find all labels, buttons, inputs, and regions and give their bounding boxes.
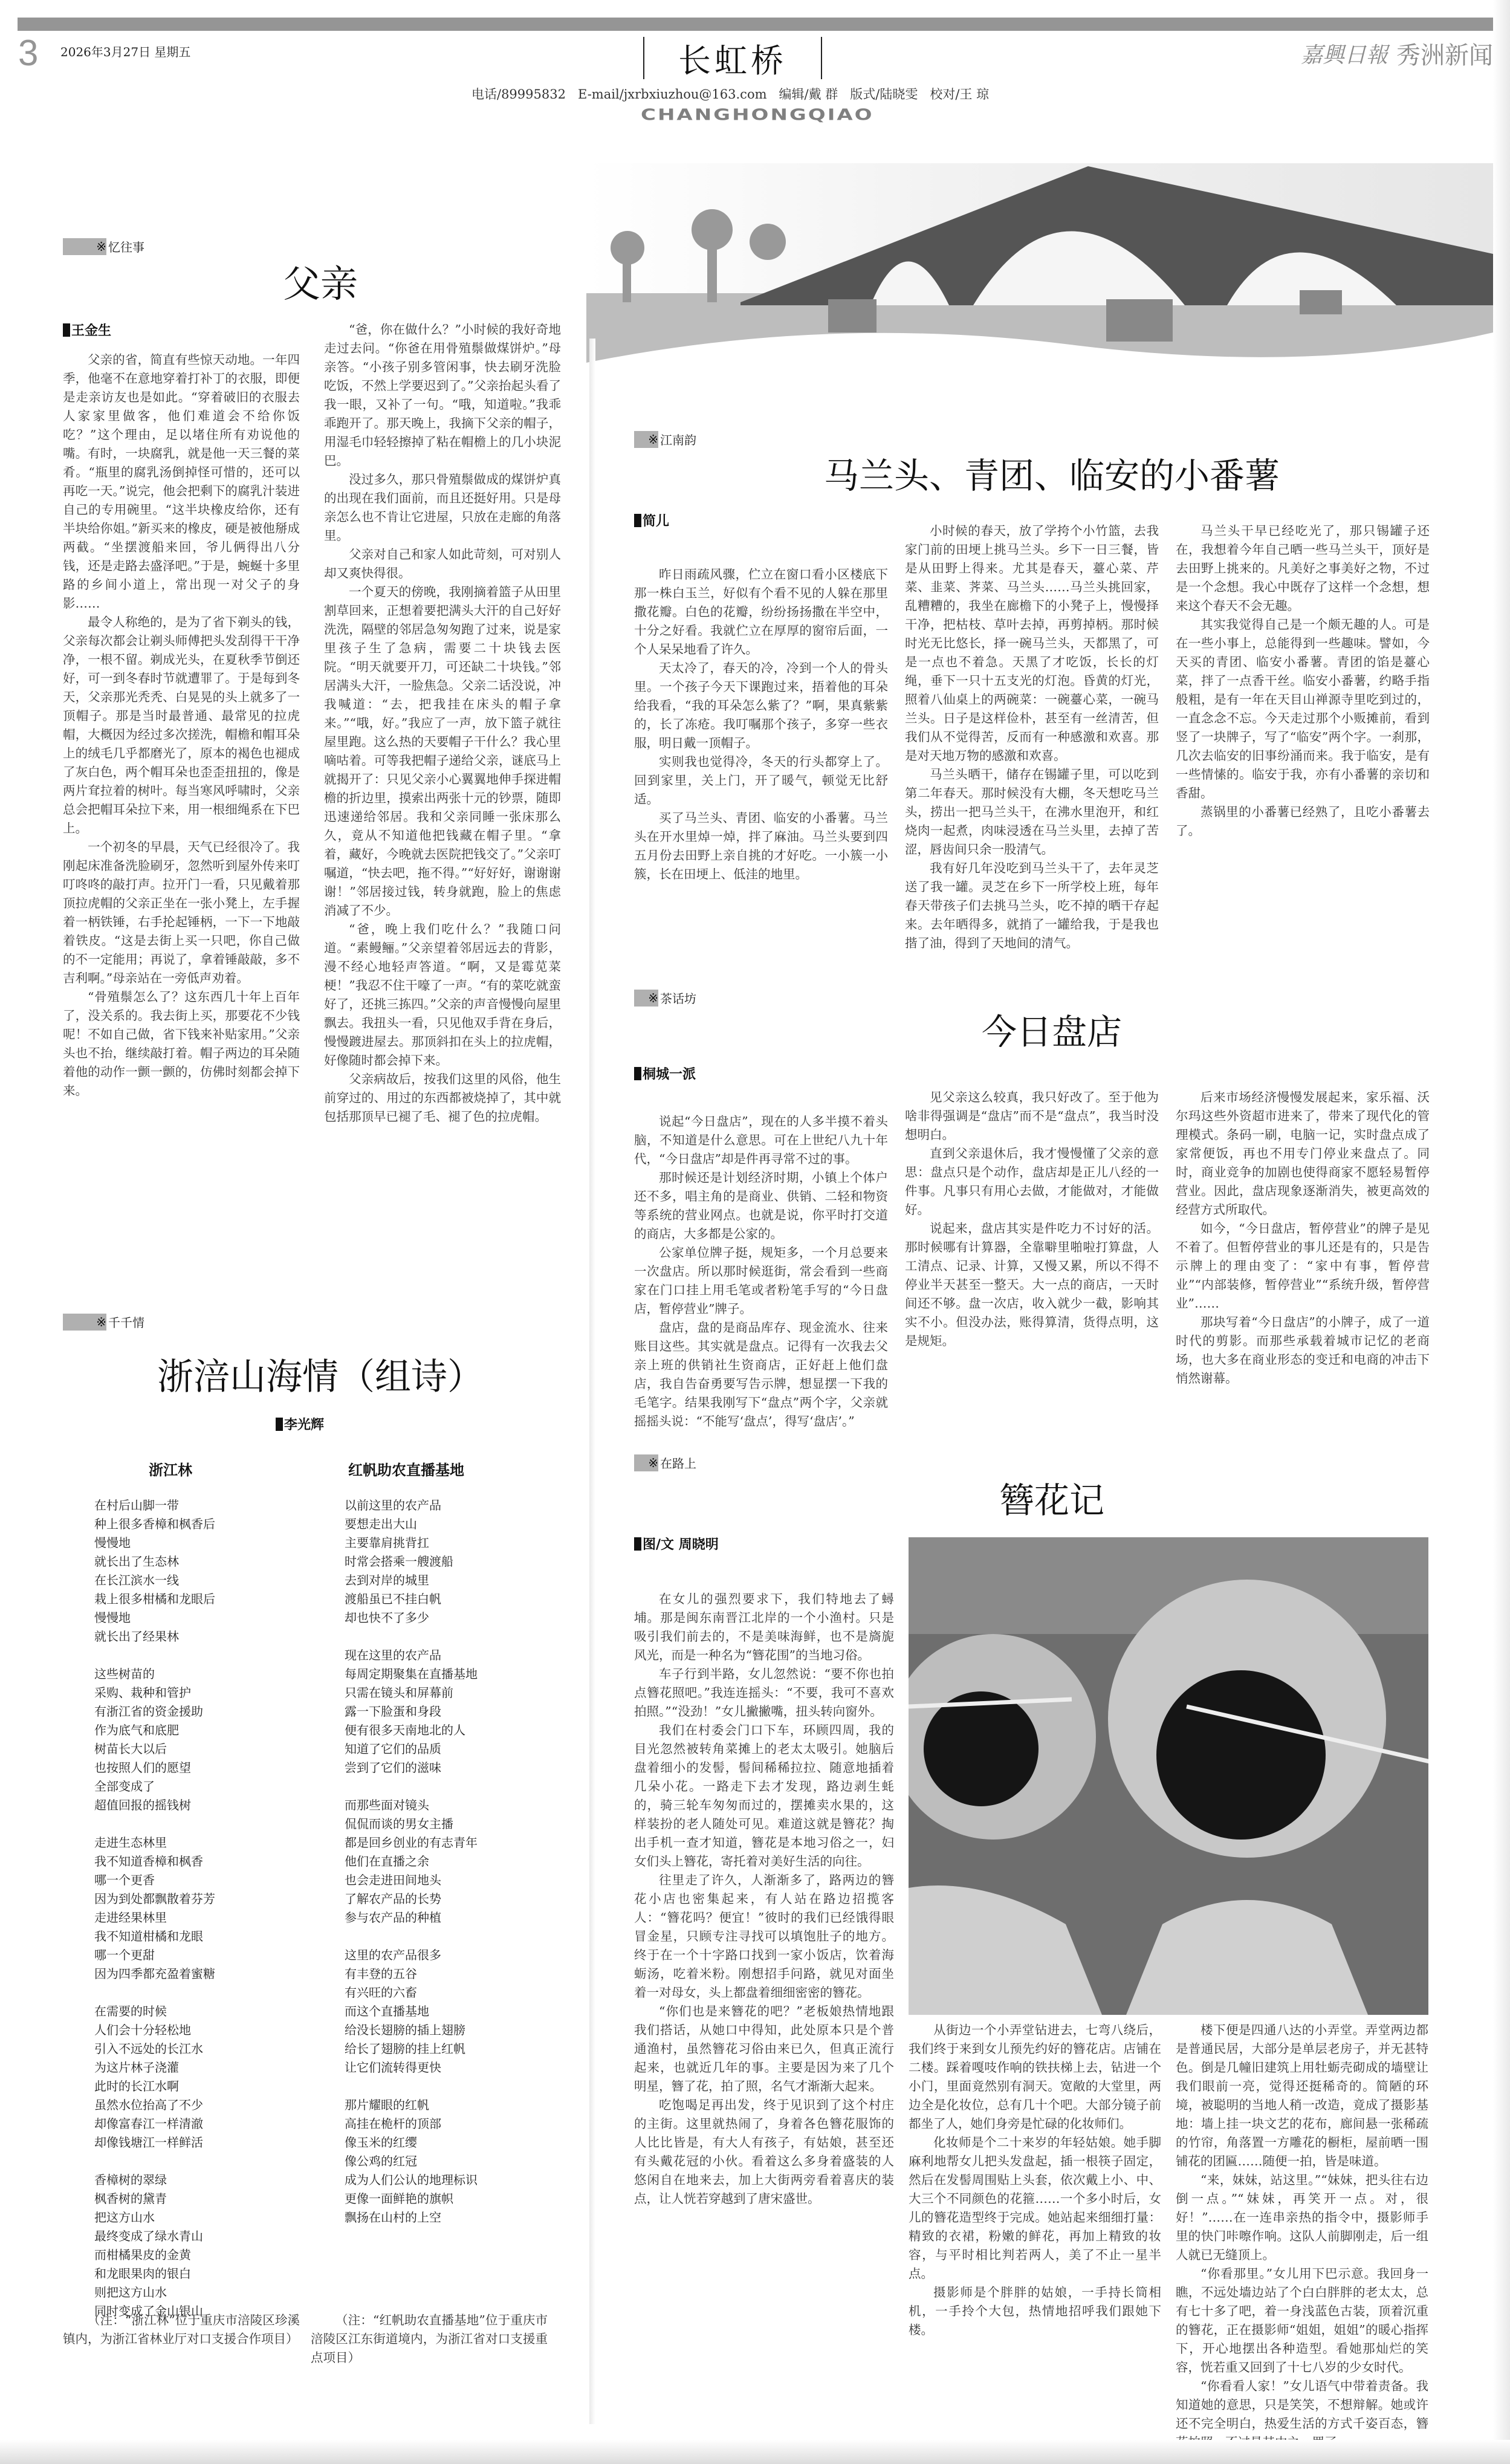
poem-line: 在长江滨水一线 bbox=[94, 1571, 276, 1590]
article-column: 楼下便是四通八达的小弄堂。弄堂两边都是普通民居，大部分是单层老房子，并无甚特色。… bbox=[1176, 2021, 1428, 2452]
article-body-fuqin: 父亲的省，简直有些惊天动地。一年四季，他毫不在意地穿着打补丁的衣服，即便是走亲访… bbox=[63, 351, 577, 1294]
paragraph: 我们在村委会门口下车，环顾四周，我的目光忽然被转角菜摊上的老太太吸引。她脑后盘着… bbox=[634, 1721, 894, 1871]
article-byline: 王金生 bbox=[63, 320, 111, 339]
poem-line: 人们会十分轻松地 bbox=[94, 2021, 276, 2040]
section-title: 长虹桥 bbox=[644, 35, 821, 82]
article-headline-fuqin: 父亲 bbox=[54, 254, 586, 308]
paragraph: 实则我也觉得冷，冬天的行头都穿上了。回到家里，关上门，开了暖气，顿觉无比舒适。 bbox=[634, 753, 888, 809]
poem-line: 为这片林子浇灌 bbox=[94, 2058, 276, 2077]
poem-byline: 李光辉 bbox=[276, 1415, 324, 1433]
poem-line: 哪一个更香 bbox=[94, 1871, 276, 1890]
article-body-zanhuaji-right: 从街边一个小弄堂钻进去，七弯八绕后，我们终于来到女儿预先约好的簪花店。店铺在二楼… bbox=[909, 2021, 1428, 2444]
page-number: 3 bbox=[18, 35, 38, 71]
poem-line: 而柑橘果皮的金黄 bbox=[94, 2246, 276, 2265]
poem-line: 全部变成了 bbox=[94, 1777, 276, 1796]
paragraph: 其实我觉得自己是一个颇无趣的人。可是在一些小事上，总能得到一些趣味。譬如，今天买… bbox=[1176, 615, 1430, 803]
paragraph: 摄影师是个胖胖的姑娘，一手持长筒相机，一手拎个大包，热情地招呼我们跟她下楼。 bbox=[909, 2283, 1161, 2339]
paragraph: 如今，“今日盘店，暂停营业”的牌子是见不着了。但暂停营业的事儿还是有的，只是告示… bbox=[1176, 1219, 1430, 1313]
paragraph: 买了马兰头、青团、临安的小番薯。马兰头在开水里焯一焯，拌了麻油。马兰头要到四五月… bbox=[634, 809, 888, 884]
poem-line: 知道了它们的品质 bbox=[345, 1740, 550, 1759]
paragraph: 父亲对自己和家人如此苛刻，可对别人却又爽快得很。 bbox=[324, 545, 561, 583]
article-column: 从街边一个小弄堂钻进去，七弯八绕后，我们终于来到女儿预先约好的簪花店。店铺在二楼… bbox=[909, 2021, 1161, 2452]
paragraph: 一个初冬的早晨，天气已经很冷了。我刚起床准备洗脸刷牙，忽然听到屋外传来叮叮咚咚的… bbox=[63, 838, 300, 988]
poem-line: 高挂在桅杆的顶部 bbox=[345, 2115, 550, 2133]
poem-line: 哪一个更甜 bbox=[94, 1946, 276, 1965]
poem-line: 我不知道香樟和枫香 bbox=[94, 1852, 276, 1871]
article-body-malantou: 昨日雨疏风骤，伫立在窗口看小区楼底下那一株白玉兰，好似有个看不见的人躲在那里撒花… bbox=[634, 541, 1468, 976]
stanza-gap bbox=[345, 2077, 550, 2096]
paragraph: 盘店，盘的是商品库存、现金流水、往来账目这些。其实就是盘点。记得有一次我去父亲上… bbox=[634, 1318, 888, 1431]
paragraph: 最令人称绝的，是为了省下剃头的钱，父亲每次都会让剃头师傅把头发刮得干干净净，一根… bbox=[63, 613, 300, 838]
paragraph: 后来市场经济慢慢发展起来，家乐福、沃尔玛这些外资超市进来了，带来了现代化的管理模… bbox=[1176, 1088, 1430, 1219]
poem-line: 都是回乡创业的有志青年 bbox=[345, 1833, 550, 1852]
poem-line: 有丰登的五谷 bbox=[345, 1965, 550, 1983]
poem-line: 时常会搭乘一艘渡船 bbox=[345, 1552, 550, 1571]
poem-line: 像玉米的红缨 bbox=[345, 2133, 550, 2152]
bridge-photo bbox=[586, 163, 1493, 381]
poem-line: 只需在镜头和屏幕前 bbox=[345, 1684, 550, 1702]
paragraph: 我有好几年没吃到马兰头干了，去年灵芝送了我一罐。灵芝在乡下一所学校上班，每年春天… bbox=[905, 859, 1159, 953]
poem-line: 却像富春江一样清澈 bbox=[94, 2115, 276, 2133]
poem-line: 把这方山水 bbox=[94, 2208, 276, 2227]
brand-name: 秀洲新闻 bbox=[1396, 36, 1493, 71]
paragraph: 没过多久，那只骨殖鬃做成的煤饼炉真的出现在我们面前，而且还挺好用。只是母亲怎么也… bbox=[324, 470, 561, 545]
paragraph: 那时候还是计划经济时期，小镇上个体户还不多，唱主角的是商业、供销、二轻和物资等系… bbox=[634, 1169, 888, 1243]
bridge-illustration-icon bbox=[586, 163, 1493, 381]
poem-line: 树苗长大以后 bbox=[94, 1740, 276, 1759]
poem-line: 渡船虽已不挂白帆 bbox=[345, 1590, 550, 1609]
poem-line: 这些树苗的 bbox=[94, 1665, 276, 1684]
paragraph: 化妆师是个二十来岁的年轻姑娘。她手脚麻利地帮女儿把头发盘起，插一根筷子固定，然后… bbox=[909, 2133, 1161, 2283]
stanza-gap bbox=[345, 1627, 550, 1646]
paragraph: “爸，晚上我们吃什么？”我随口问道。“素鳗鲡。”父亲望着邻居远去的背影，漫不经心… bbox=[324, 920, 561, 1070]
issue-date: 2026年3月27日 星期五 bbox=[60, 42, 190, 60]
article-byline: 桐城一派 bbox=[634, 1064, 696, 1083]
poem-line: 枫香树的黛青 bbox=[94, 2190, 276, 2208]
poem-line: 作为底气和底肥 bbox=[94, 1721, 276, 1740]
page-fold-shadow bbox=[589, 339, 595, 2424]
poem-line: 因为到处都飘散着芬芳 bbox=[94, 1890, 276, 1908]
poem-line: 那片耀眼的红帆 bbox=[345, 2096, 550, 2115]
poem-line: 就长出了经果林 bbox=[94, 1627, 276, 1646]
stanza-gap bbox=[94, 1983, 276, 2002]
paragraph: 父亲病故后，按我们这里的风俗，他生前穿过的、用过的东西都被烧掉了，其中就包括那顶… bbox=[324, 1070, 561, 1126]
article-headline-panfian: 今日盘店 bbox=[629, 1003, 1475, 1054]
poem-line: 就长出了生态林 bbox=[94, 1552, 276, 1571]
paragraph: 公家单位牌子挺，规矩多，一个月总要来一次盘店。所以那时候逛街，常会看到一些商家在… bbox=[634, 1243, 888, 1318]
paragraph: 直到父亲退休后，我才慢慢懂了父亲的意思：盘点只是个动作，盘店却是正儿八经的一件事… bbox=[905, 1144, 1159, 1219]
section-title-block: 长虹桥 bbox=[643, 36, 822, 80]
title-divider-right bbox=[821, 37, 822, 79]
stanza-gap bbox=[94, 1815, 276, 1833]
poem-line: 现在这里的农产品 bbox=[345, 1646, 550, 1665]
paragraph: “你们也是来簪花的吧？”老板娘热情地跟我们搭话，从她口中得知，此处原本只是个普通… bbox=[634, 2002, 894, 2096]
poem-line: 在需要的时候 bbox=[94, 2002, 276, 2021]
stanza-gap bbox=[345, 1927, 550, 1946]
column-tag-label: 在路上 bbox=[658, 1454, 696, 1471]
poem-line: 采购、栽种和管护 bbox=[94, 1684, 276, 1702]
poem-line: 而这个直播基地 bbox=[345, 2002, 550, 2021]
article-column: 小时候的春天，放了学挎个小竹篮，去我家门前的田埂上挑马兰头。乡下一日三餐，皆是从… bbox=[905, 522, 1159, 976]
paragraph: 从街边一个小弄堂钻进去，七弯八绕后，我们终于来到女儿预先约好的簪花店。店铺在二楼… bbox=[909, 2021, 1161, 2133]
column-tag-label: 江南韵 bbox=[658, 430, 696, 448]
article-byline: 简儿 bbox=[634, 511, 669, 530]
paragraph: 小时候的春天，放了学挎个小竹篮，去我家门前的田埂上挑马兰头。乡下一日三餐，皆是从… bbox=[905, 522, 1159, 765]
poem-line: 参与农产品的种植 bbox=[345, 1908, 550, 1927]
paragraph: 往里走了许久，人渐渐多了，路两边的簪花小店也密集起来，有人站在路边招揽客人：“簪… bbox=[634, 1871, 894, 2002]
poem-line: 便有很多天南地北的人 bbox=[345, 1721, 550, 1740]
paragraph: 车子行到半路，女儿忽然说：“要不你也拍点簪花照吧。”我连连摇头：“不要，我可不喜… bbox=[634, 1665, 894, 1721]
poem-line: 要想走出大山 bbox=[345, 1515, 550, 1534]
poem-line: 有兴旺的六畜 bbox=[345, 1983, 550, 2002]
poem-line: 像公鸡的红冠 bbox=[345, 2152, 550, 2171]
poem-line: 而那些面对镜头 bbox=[345, 1796, 550, 1815]
article-body-panfian: 说起“今日盘店”，现在的人多半摸不着头脑，不知道是什么意思。可在上世纪八九十年代… bbox=[634, 1088, 1468, 1433]
poem-line: 走进生态林里 bbox=[94, 1833, 276, 1852]
column-tag-marker-icon bbox=[634, 1454, 658, 1471]
poem-line: 香樟树的翠绿 bbox=[94, 2171, 276, 2190]
zanhua-photo bbox=[909, 1537, 1428, 2015]
paragraph: 昨日雨疏风骤，伫立在窗口看小区楼底下那一株白玉兰，好似有个看不见的人躲在那里撒花… bbox=[634, 565, 888, 659]
poem-line: 栽上很多柑橘和龙眼后 bbox=[94, 1590, 276, 1609]
poem-note-right: （注：“红帆助农直播基地”位于重庆市涪陵区江东街道境内，为浙江省对口支援重点项目… bbox=[311, 2311, 548, 2367]
poem-line: 则把这方山水 bbox=[94, 2283, 276, 2302]
stanza-gap bbox=[94, 2152, 276, 2171]
poem-line: 却也快不了多少 bbox=[345, 1609, 550, 1627]
poem-line: 了解农产品的长势 bbox=[345, 1890, 550, 1908]
article-body-zanhuaji-left: 在女儿的强烈要求下，我们特地去了蟳埔。那是闽东南晋江北岸的一个小渔村。只是吸引我… bbox=[634, 1566, 894, 2448]
column-tag-yiwangshi: 忆往事 bbox=[63, 238, 144, 255]
poem-line: 也会走进田间地头 bbox=[345, 1871, 550, 1890]
paragraph: “你看那里。”女儿用下巴示意。我回身一瞧，不远处墙边站了个白白胖胖的老太太，总有… bbox=[1176, 2265, 1428, 2377]
article-column: 昨日雨疏风骤，伫立在窗口看小区楼底下那一株白玉兰，好似有个看不见的人躲在那里撒花… bbox=[634, 541, 888, 976]
poem-line: 慢慢地 bbox=[94, 1609, 276, 1627]
page-bottom-shadow bbox=[0, 2440, 1510, 2464]
hairpin-flowers-illustration-icon bbox=[909, 1537, 1428, 2015]
newspaper-brand: 嘉興日報 秀洲新闻 bbox=[1301, 36, 1493, 71]
poem-line: 给没长翅膀的插上翅膀 bbox=[345, 2021, 550, 2040]
paragraph: “爸，你在做什么？”小时候的我好奇地走过去问。“你爸在用骨殖鬃做煤饼炉。”母亲答… bbox=[324, 320, 561, 470]
poem-body-hongfan: 以前这里的农产品要想走出大山主要靠肩挑背扛时常会搭乘一艘渡船去到对岸的城里渡船虽… bbox=[345, 1496, 550, 2227]
poem-line: 主要靠肩挑背扛 bbox=[345, 1534, 550, 1552]
paragraph: 马兰头干早已经吃光了，那只锡罐子还在，我想着今年自己晒一些马兰头干，顶好是去田野… bbox=[1176, 522, 1430, 615]
stanza-gap bbox=[345, 1777, 550, 1796]
article-column: 后来市场经济慢慢发展起来，家乐福、沃尔玛这些外资超市进来了，带来了现代化的管理模… bbox=[1176, 1088, 1430, 1433]
article-byline: 图/文 周晓明 bbox=[634, 1534, 719, 1553]
poem-line: 他们在直播之余 bbox=[345, 1852, 550, 1871]
poem-line: 走进经果林里 bbox=[94, 1908, 276, 1927]
poem-line: 在村后山脚一带 bbox=[94, 1496, 276, 1515]
article-headline-zanhuaji: 簪花记 bbox=[629, 1472, 1475, 1523]
poem-line: 给长了翅膀的挂上红帆 bbox=[345, 2040, 550, 2058]
paragraph: “骨殖鬃怎么了？这东西几十年上百年了，没关系的。我去街上买，那要花不少钱呢！不如… bbox=[63, 988, 300, 1100]
poem-line: 让它们流转得更快 bbox=[345, 2058, 550, 2077]
brand-logo-script: 嘉興日報 bbox=[1301, 38, 1388, 69]
article-column: “爸，你在做什么？”小时候的我好奇地走过去问。“你爸在用骨殖鬃做煤饼炉。”母亲答… bbox=[324, 320, 561, 1294]
paragraph: 一个夏天的傍晚，我刚摘着篮子从田里割草回来，正想着要把满头大汗的自己好好洗洗，隔… bbox=[324, 583, 561, 920]
contact-line: 电话/89995832 E-mail/jxrbxiuzhou@163.com 编… bbox=[471, 85, 989, 103]
poem-line: 种上很多香樟和枫香后 bbox=[94, 1515, 276, 1534]
poem-body-zhejianglin: 在村后山脚一带种上很多香樟和枫香后慢慢地就长出了生态林在长江滨水一线栽上很多柑橘… bbox=[94, 1496, 276, 2321]
poem-line: 我不知道柑橘和龙眼 bbox=[94, 1927, 276, 1946]
paragraph: 见父亲这么较真，我只好改了。至于他为啥非得强调是“盘店”而不是“盘点”，我当时没… bbox=[905, 1088, 1159, 1144]
paragraph: 楼下便是四通八达的小弄堂。弄堂两边都是普通民居，大部分是单层老房子，并无甚特色。… bbox=[1176, 2021, 1428, 2171]
column-tag-marker-icon bbox=[634, 431, 658, 448]
poem-set-headline: 浙涪山海情（组诗） bbox=[54, 1348, 586, 1400]
stanza-gap bbox=[94, 1646, 276, 1665]
column-tag-marker-icon bbox=[63, 1314, 106, 1331]
poem-line: 飘扬在山村的上空 bbox=[345, 2208, 550, 2227]
poem-line: 以前这里的农产品 bbox=[345, 1496, 550, 1515]
paragraph: “来，妹妹，站这里。”“妹妹，把头往右边倒一点。”“妹妹，再笑开一点。对，很好！… bbox=[1176, 2171, 1428, 2265]
column-tag-jiangnanyun: 江南韵 bbox=[634, 430, 696, 448]
poem-line: 有浙江省的资金援助 bbox=[94, 1702, 276, 1721]
poem-line: 也按照人们的愿望 bbox=[94, 1759, 276, 1777]
article-column: 马兰头干早已经吃光了，那只锡罐子还在，我想着今年自己晒一些马兰头干，顶好是去田野… bbox=[1176, 522, 1430, 976]
column-tag-label: 忆往事 bbox=[106, 238, 144, 255]
poem-title-zhejianglin: 浙江林 bbox=[149, 1458, 192, 1479]
poem-line: 去到对岸的城里 bbox=[345, 1571, 550, 1590]
poem-line: 侃侃而谈的男女主播 bbox=[345, 1815, 550, 1833]
paragraph: 吃饱喝足再出发，终于见识到了这个村庄的主街。这里就热闹了，身着各色簪花服饰的人比… bbox=[634, 2096, 894, 2208]
paragraph: 说起“今日盘店”，现在的人多半摸不着头脑，不知道是什么意思。可在上世纪八九十年代… bbox=[634, 1112, 888, 1169]
article-column: 见父亲这么较真，我只好改了。至于他为啥非得强调是“盘店”而不是“盘点”，我当时没… bbox=[905, 1088, 1159, 1433]
poem-line: 这里的农产品很多 bbox=[345, 1946, 550, 1965]
poem-line: 更像一面鲜艳的旗帜 bbox=[345, 2190, 550, 2208]
poem-line: 和龙眼果肉的银白 bbox=[94, 2265, 276, 2283]
paragraph: 父亲的省，简直有些惊天动地。一年四季，他毫不在意地穿着打补丁的衣服，即便是走亲访… bbox=[63, 351, 300, 613]
poem-line: 露一下脸蛋和身段 bbox=[345, 1702, 550, 1721]
paragraph: 蒸锅里的小番薯已经熟了，且吃小番薯去了。 bbox=[1176, 803, 1430, 840]
poem-line: 虽然水位抬高了不少 bbox=[94, 2096, 276, 2115]
poem-line: 尝到了它们的滋味 bbox=[345, 1759, 550, 1777]
page-edge-shadow bbox=[1493, 0, 1510, 2464]
column-tag-label: 千千情 bbox=[106, 1313, 144, 1331]
poem-note-left: （注：“浙江林”位于重庆市涪陵区珍溪镇内，为浙江省林业厅对口支援合作项目） bbox=[63, 2311, 300, 2349]
poem-line: 因为四季都充盈着蜜糖 bbox=[94, 1965, 276, 1983]
paragraph: 天太冷了，春天的冷，冷到一个人的骨头里。一个孩子今天下课跑过来，捂着他的耳朵给我… bbox=[634, 659, 888, 753]
poem-title-hongfan: 红帆助农直播基地 bbox=[348, 1458, 464, 1479]
article-headline-malantou: 马兰头、青团、临安的小番薯 bbox=[629, 447, 1475, 498]
paragraph: 那块写着“今日盘店”的小牌子，成了一道时代的剪影。而那些承载着城市记忆的老商场，… bbox=[1176, 1313, 1430, 1388]
column-tag-zailushang: 在路上 bbox=[634, 1454, 696, 1471]
poem-line: 却像钱塘江一样鲜活 bbox=[94, 2133, 276, 2152]
header-bar bbox=[18, 18, 1494, 31]
paragraph: 在女儿的强烈要求下，我们特地去了蟳埔。那是闽东南晋江北岸的一个小渔村。只是吸引我… bbox=[634, 1590, 894, 1665]
paragraph: 马兰头晒干，储存在锡罐子里，可以吃到第二年春天。那时候没有大棚，冬天想吃马兰头，… bbox=[905, 765, 1159, 859]
poem-line: 此时的长江水啊 bbox=[94, 2077, 276, 2096]
poem-line: 慢慢地 bbox=[94, 1534, 276, 1552]
poem-line: 每周定期聚集在直播基地 bbox=[345, 1665, 550, 1684]
poem-line: 超值回报的摇钱树 bbox=[94, 1796, 276, 1815]
poem-line: 成为人们公认的地理标识 bbox=[345, 2171, 550, 2190]
article-column: 父亲的省，简直有些惊天动地。一年四季，他毫不在意地穿着打补丁的衣服，即便是走亲访… bbox=[63, 351, 300, 1294]
article-column: 在女儿的强烈要求下，我们特地去了蟳埔。那是闽东南晋江北岸的一个小渔村。只是吸引我… bbox=[634, 1566, 894, 2448]
paragraph: 说起来，盘店其实是件吃力不讨好的活。那时候哪有计算器，全靠噼里啪啦打算盘，人工清… bbox=[905, 1219, 1159, 1350]
article-column: 说起“今日盘店”，现在的人多半摸不着头脑，不知道是什么意思。可在上世纪八九十年代… bbox=[634, 1088, 888, 1433]
poem-line: 最终变成了绿水青山 bbox=[94, 2227, 276, 2246]
column-tag-marker-icon bbox=[63, 238, 106, 255]
column-tag-qianqianqing: 千千情 bbox=[63, 1313, 144, 1331]
poem-line: 引入不远处的长江水 bbox=[94, 2040, 276, 2058]
section-pinyin: CHANGHONGQIAO bbox=[641, 106, 874, 124]
